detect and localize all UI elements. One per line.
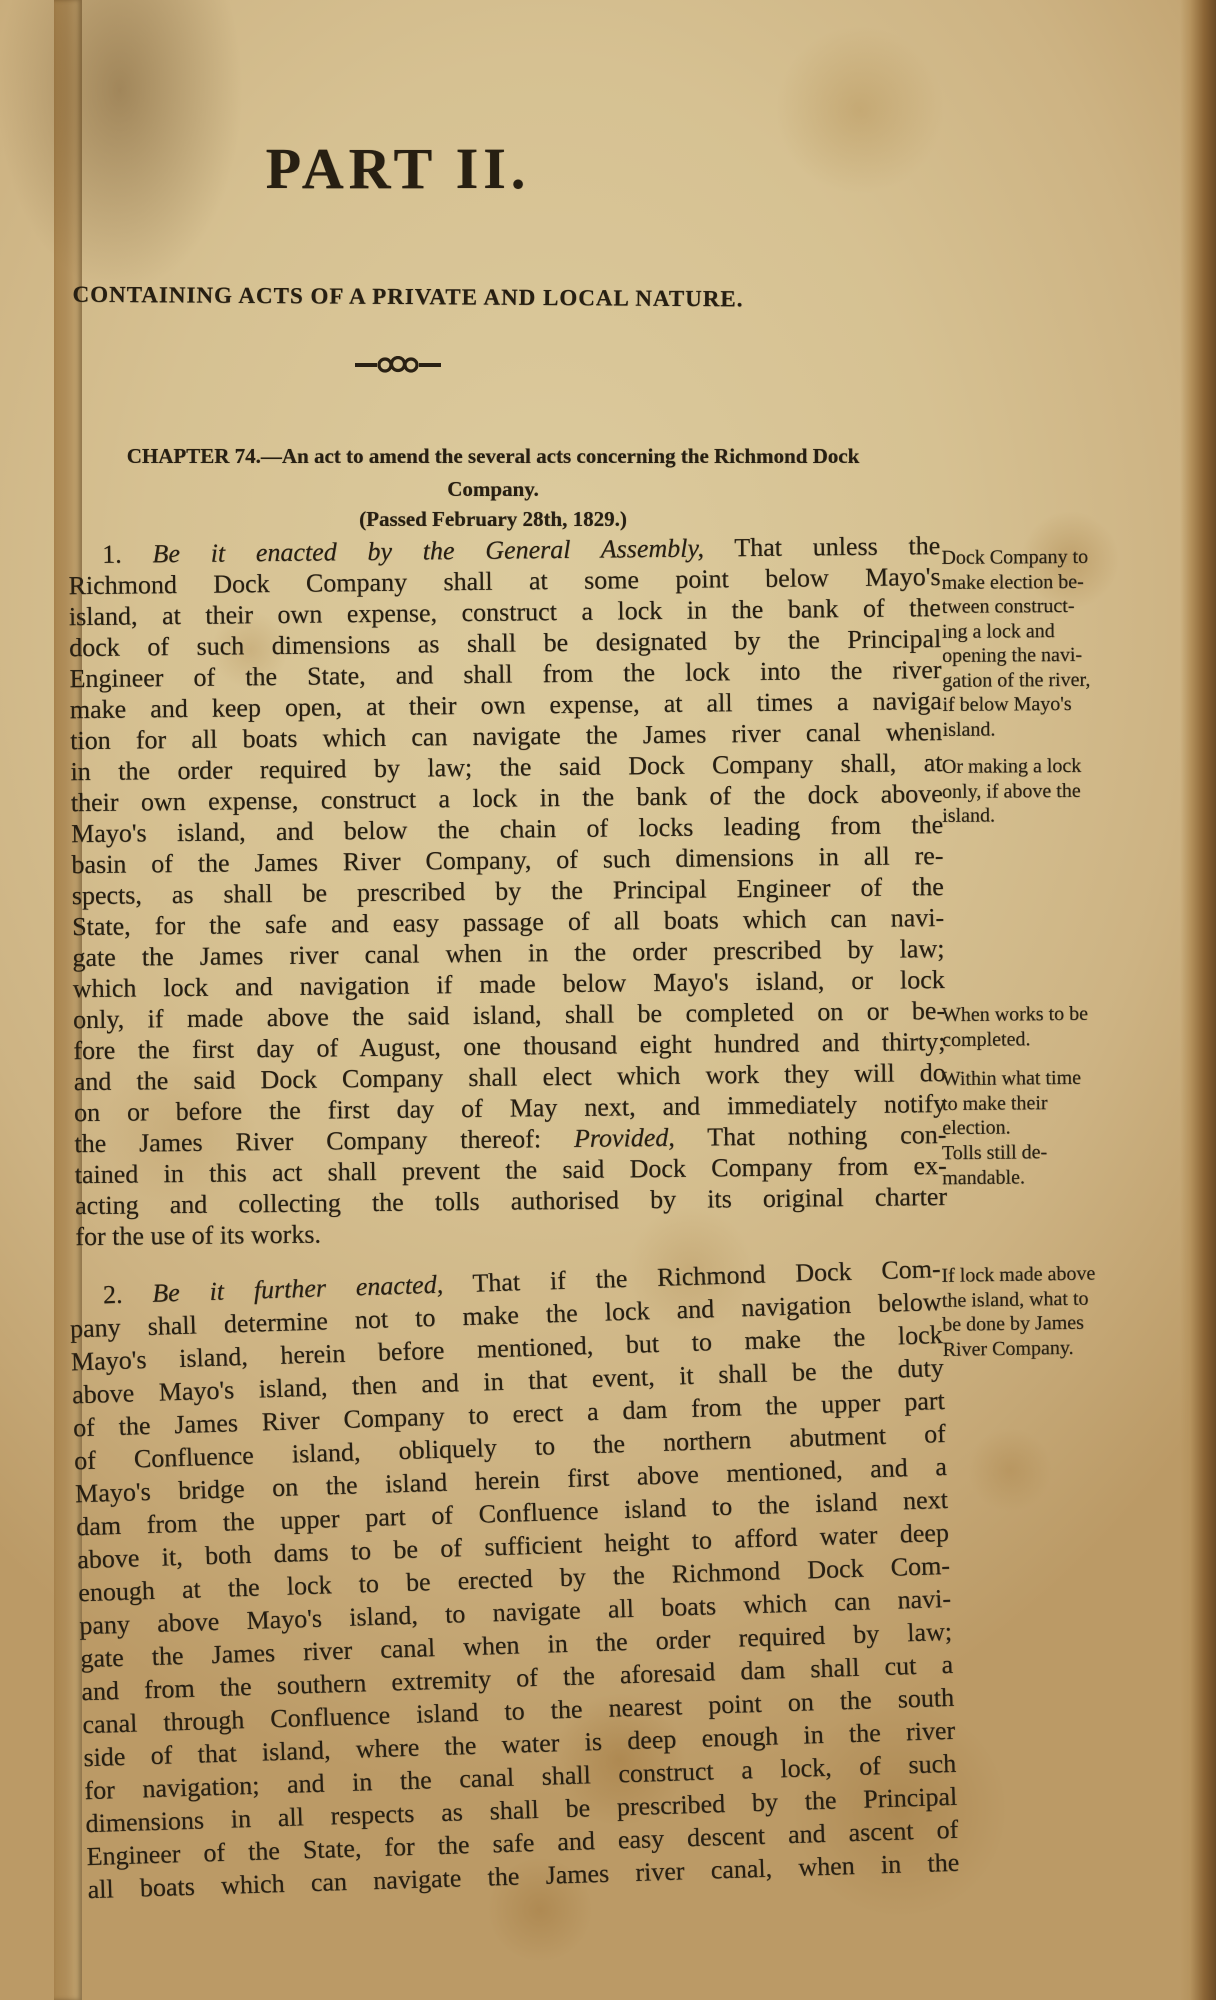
chapter-heading: CHAPTER 74.—An act to amend the several … <box>68 440 918 506</box>
margin-note: Within what time to make their election. <box>942 1065 1179 1141</box>
part-title: PART II. <box>68 140 728 198</box>
margin-note: Dock Company to make election be- tween … <box>941 544 1178 742</box>
section-1-body-a: Richmond Dock Company shall at some poin… <box>68 561 946 1128</box>
provided-post: That nothing con- <box>675 1120 947 1152</box>
knot-divider-icon <box>354 356 442 374</box>
margin-note: Or making a lock only, if above the isla… <box>942 753 1179 828</box>
book-page-scan: PART II. CONTAINING ACTS OF A PRIVATE AN… <box>0 0 1216 2000</box>
passed-date-line: (Passed February 28th, 1829.) <box>68 507 918 532</box>
section-1: 1. Be it enacted by the General Assembly… <box>68 530 947 1252</box>
section-number: 1. <box>102 540 122 569</box>
page-content: PART II. CONTAINING ACTS OF A PRIVATE AN… <box>68 0 940 2000</box>
margin-note: When works to be completed. <box>942 1001 1178 1052</box>
section-2-body: pany shall determine not to make the loc… <box>69 1285 959 1906</box>
section-2: 2. Be it further enacted, That if the Ri… <box>68 1252 959 1906</box>
divider-ornament <box>68 356 728 379</box>
margin-note: If lock made above the island, what to b… <box>941 1260 1179 1362</box>
facing-page-edge <box>0 0 54 2000</box>
section-number: 2. <box>102 1280 122 1310</box>
enacting-clause: Be it enacted by the General Assembly, <box>152 533 704 568</box>
chapter-block: CHAPTER 74.—An act to amend the several … <box>68 440 918 532</box>
section-1-body-b: tained in this act shall prevent the sai… <box>75 1150 948 1221</box>
provided-pre: the James River Company thereof: <box>74 1124 574 1158</box>
margin-note: Tolls still de- mandable. <box>942 1139 1179 1190</box>
first-line-rest: That unless the <box>734 531 940 562</box>
part-subtitle: CONTAINING ACTS OF A PRIVATE AND LOCAL N… <box>68 282 748 312</box>
provided-italic: Provided, <box>574 1123 675 1153</box>
page-right-edge <box>1180 0 1216 2000</box>
